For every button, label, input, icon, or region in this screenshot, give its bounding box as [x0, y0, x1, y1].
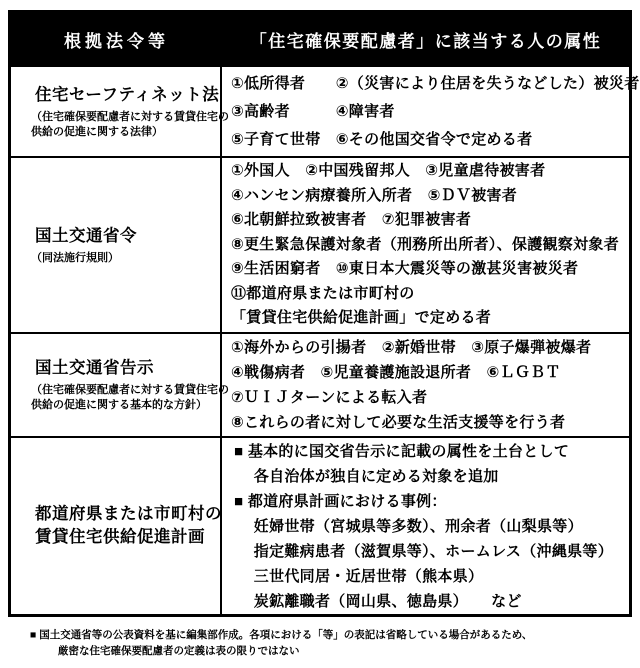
source-footnote: ■ 国土交通省等の公表資料を基に編集部作成。各項における「等」の表記は省略してい…: [30, 627, 532, 659]
attribute-line: ①海外からの引揚者 ②新婚世帯 ③原子爆弾被爆者: [231, 335, 629, 360]
law-title: 国土交通省令: [35, 225, 216, 248]
attribute-line: ⑤子育て世帯 ⑥その他国交省令で定める者: [231, 126, 640, 154]
law-title-line: 都道府県または市町村の: [35, 503, 216, 526]
law-note-line: 供給の促進に関する基本的な方針）: [31, 398, 216, 413]
attribute-line: ⑥北朝鮮拉致被害者 ⑦犯罪被害者: [231, 208, 629, 233]
attribute-line: 指定難病患者（滋賀県等）、ホームレス（沖縄県等）: [234, 539, 629, 564]
attributes-cell: ■ 基本的に国交省告示に記載の属性を土台として 各自治体が独自に定める対象を追加…: [222, 438, 629, 614]
attribute-line: 「賃貸住宅供給促進計画」で定める者: [231, 306, 629, 331]
footnote-line: 厳密な住宅確保要配慮者の定義は表の限りではない: [30, 643, 532, 659]
attributes-cell: ①海外からの引揚者 ②新婚世帯 ③原子爆弾被爆者 ④戦傷病者 ⑤児童養護施設退所…: [222, 334, 629, 436]
table-row-mlit-ordinance: 国土交通省令 （同法施行規則） ①外国人 ②中国残留邦人 ③児童虐待被害者 ④ハ…: [11, 156, 629, 332]
attribute-line: ⑪都道府県または市町村の: [231, 282, 629, 307]
attribute-line: ①外国人 ②中国残留邦人 ③児童虐待被害者: [231, 159, 629, 184]
law-cell: 国土交通省令 （同法施行規則）: [11, 158, 222, 332]
law-note-line: （住宅確保要配慮者に対する賃貸住宅の: [31, 383, 216, 398]
law-title: 住宅セーフティネット法: [35, 84, 216, 107]
table: 根拠法令等 「住宅確保要配慮者」に該当する人の属性 住宅セーフティネット法 （住…: [8, 10, 632, 617]
attribute-line: ④戦傷病者 ⑤児童養護施設退所者 ⑥ＬＧＢＴ: [231, 360, 629, 385]
attribute-line: ■ 基本的に国交省告示に記載の属性を土台として: [234, 439, 629, 464]
attributes-cell: ①低所得者 ②（災害により住居を失うなどした）被災者 ③高齢者 ④障害者 ⑤子育…: [222, 67, 640, 156]
law-note-line: （住宅確保要配慮者に対する賃貸住宅の: [31, 110, 216, 125]
law-note-line: （同法施行規則）: [31, 251, 216, 266]
attribute-line: 妊婦世帯（宮城県等多数）、刑余者（山梨県等）: [234, 514, 629, 539]
table-row-safety-net-law: 住宅セーフティネット法 （住宅確保要配慮者に対する賃貸住宅の 供給の促進に関する…: [11, 65, 629, 156]
law-cell: 都道府県または市町村の 賃貸住宅供給促進計画: [11, 438, 222, 614]
attribute-line: 各自治体が独自に定める対象を追加: [234, 464, 629, 489]
attributes-cell: ①外国人 ②中国残留邦人 ③児童虐待被害者 ④ハンセン病療養所入所者 ⑤ＤＶ被害…: [222, 158, 629, 332]
attribute-line: ⑧更生緊急保護対象者（刑務所出所者）、保護観察対象者: [231, 233, 629, 258]
table-row-prefectural-plan: 都道府県または市町村の 賃貸住宅供給促進計画 ■ 基本的に国交省告示に記載の属性…: [11, 436, 629, 614]
table-row-mlit-notification: 国土交通省告示 （住宅確保要配慮者に対する賃貸住宅の 供給の促進に関する基本的な…: [11, 332, 629, 436]
header-legal-basis: 根拠法令等: [11, 13, 222, 65]
attribute-line: 炭鉱離職者（岡山県、徳島県） など: [234, 589, 629, 614]
table-header-row: 根拠法令等 「住宅確保要配慮者」に該当する人の属性: [11, 13, 629, 65]
law-cell: 住宅セーフティネット法 （住宅確保要配慮者に対する賃貸住宅の 供給の促進に関する…: [11, 67, 222, 156]
attribute-line: ⑨生活困窮者 ⑩東日本大震災等の激甚災害被災者: [231, 257, 629, 282]
attribute-line: ⑧これらの者に対して必要な生活支援等を行う者: [231, 410, 629, 435]
header-person-attributes: 「住宅確保要配慮者」に該当する人の属性: [222, 13, 629, 65]
attribute-line: ■ 都道府県計画における事例：: [234, 489, 629, 514]
footnote-line: ■ 国土交通省等の公表資料を基に編集部作成。各項における「等」の表記は省略してい…: [30, 627, 532, 643]
housing-consideration-table-figure: 根拠法令等 「住宅確保要配慮者」に該当する人の属性 住宅セーフティネット法 （住…: [0, 0, 640, 668]
law-note-line: 供給の促進に関する法律）: [31, 125, 216, 140]
attribute-line: ④ハンセン病療養所入所者 ⑤ＤＶ被害者: [231, 184, 629, 209]
attribute-line: ③高齢者 ④障害者: [231, 98, 640, 126]
attribute-line: ⑦ＵＩＪターンによる転入者: [231, 385, 629, 410]
law-title: 国土交通省告示: [35, 357, 216, 380]
attribute-line: 三世代同居・近居世帯（熊本県）: [234, 564, 629, 589]
attribute-line: ①低所得者 ②（災害により住居を失うなどした）被災者: [231, 70, 640, 98]
law-title-line: 賃貸住宅供給促進計画: [35, 526, 216, 549]
law-cell: 国土交通省告示 （住宅確保要配慮者に対する賃貸住宅の 供給の促進に関する基本的な…: [11, 334, 222, 436]
